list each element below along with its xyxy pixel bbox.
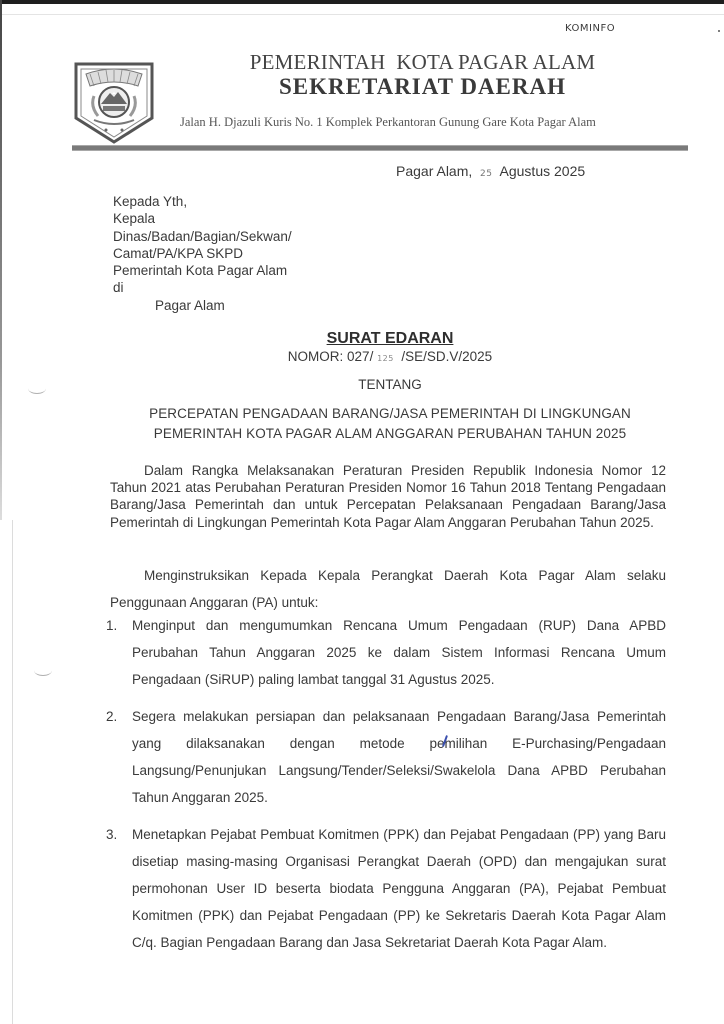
addressee-line: Camat/PA/KPA SKPD [113, 245, 292, 262]
subject-line: PEMERINTAH KOTA PAGAR ALAM ANGGARAN PERU… [100, 424, 680, 444]
instruction-text: Segera melakukan persiapan dan pelaksana… [132, 709, 666, 805]
instruction-number: 1. [106, 612, 117, 639]
addressee-line: Kepada Yth, [113, 193, 292, 210]
hole-punch-mark [34, 665, 52, 676]
scan-left-edge [0, 0, 2, 520]
scan-speck [718, 30, 720, 32]
scan-top-edge [0, 0, 724, 4]
number-prefix: NOMOR: 027/ [288, 349, 374, 364]
body-paragraph: Menginstruksikan Kepada Kepala Perangkat… [110, 562, 666, 616]
addressee-line: Dinas/Badan/Bagian/Sekwan/ [113, 228, 292, 245]
number-handwritten: 125 [377, 354, 394, 363]
city-crest-icon [72, 60, 156, 144]
instruction-text: Menetapkan Pejabat Pembuat Komitmen (PPK… [132, 827, 666, 950]
date-day-handwritten: 25 [480, 169, 492, 179]
subject-line: PERCEPATAN PENGADAAN BARANG/JASA PEMERIN… [100, 404, 680, 424]
letterhead-subtitle: SEKRETARIAT DAERAH [220, 74, 625, 100]
scan-left-guide [12, 520, 13, 1024]
document-number: NOMOR: 027/ 125 /SE/SD.V/2025 [100, 348, 680, 368]
addressee-line: Kepala [113, 210, 292, 227]
addressee-block: Kepada Yth, Kepala Dinas/Badan/Bagian/Se… [113, 193, 292, 314]
handwritten-routing-note: KOMINFO [565, 23, 615, 34]
hole-punch-mark [28, 383, 46, 394]
instruction-number: 2. [106, 703, 117, 730]
scan-fold-line [0, 14, 724, 15]
document-heading: SURAT EDARAN NOMOR: 027/ 125 /SE/SD.V/20… [100, 330, 680, 444]
document-type: SURAT EDARAN [100, 330, 680, 348]
instruction-item: 1. Menginput dan mengumumkan Rencana Umu… [100, 612, 666, 693]
addressee-line: di [113, 279, 292, 296]
document-about-label: TENTANG [100, 376, 680, 394]
date-month-year: Agustus 2025 [500, 163, 586, 179]
letterhead-title: PEMERINTAH KOTA PAGAR ALAM [220, 50, 625, 75]
instruction-text: Menginput dan mengumumkan Rencana Umum P… [132, 618, 666, 687]
addressee-location: Pagar Alam [113, 297, 292, 314]
instruction-number: 3. [106, 821, 117, 848]
addressee-line: Pemerintah Kota Pagar Alam [113, 262, 292, 279]
letterhead-address: Jalan H. Djazuli Kuris No. 1 Komplek Per… [180, 115, 660, 130]
letterhead-divider [72, 145, 688, 151]
instruction-item: 2. Segera melakukan persiapan dan pelaks… [100, 703, 666, 811]
body-paragraph: Dalam Rangka Melaksanakan Peraturan Pres… [110, 462, 666, 531]
letter-date: Pagar Alam, 25 Agustus 2025 [396, 163, 585, 179]
instruction-item: 3. Menetapkan Pejabat Pembuat Komitmen (… [100, 821, 666, 956]
instruction-list: 1. Menginput dan mengumumkan Rencana Umu… [100, 612, 666, 966]
number-suffix: /SE/SD.V/2025 [401, 349, 492, 364]
document-subject: PERCEPATAN PENGADAAN BARANG/JASA PEMERIN… [100, 404, 680, 444]
date-place: Pagar Alam, [396, 163, 472, 179]
